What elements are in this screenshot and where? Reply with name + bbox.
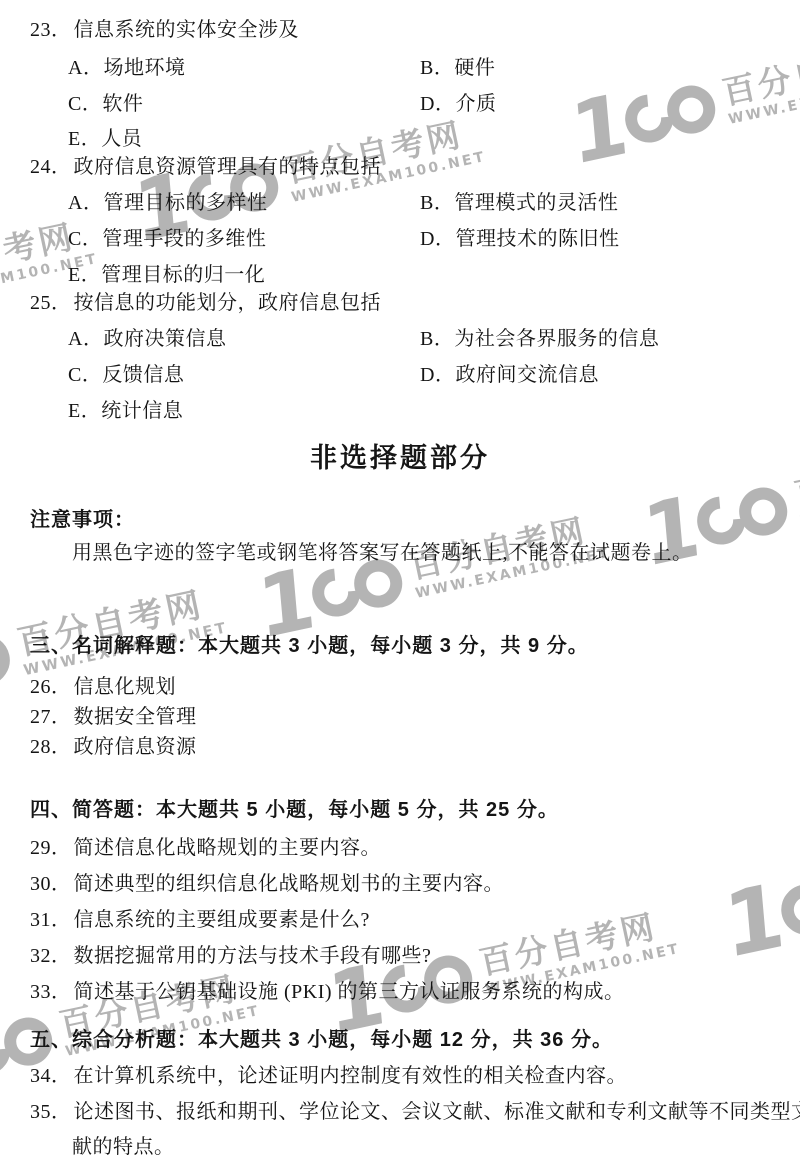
section-heading-4: 四、简答题：本大题共 5 小题，每小题 5 分，共 25 分。 [30,798,559,822]
question-text: 论述图书、报纸和期刊、学位论文、会议文献、标准文献和专利文献等不同类型文 [74,1101,800,1123]
notice-text: 用黑色字迹的签字笔或钢笔将答案写在答题纸上,不能答在试题卷上。 [72,541,693,565]
option-25-c: C．反馈信息 [68,363,184,387]
question-line-29: 29．简述信息化战略规划的主要内容。 [30,836,381,860]
option-24-d: D．管理技术的陈旧性 [420,227,619,251]
section-title: 非选择题部分 [0,446,800,470]
question-text: 在计算机系统中，论述证明内控制度有效性的相关检查内容。 [74,1065,628,1087]
question-number: 29． [30,836,72,860]
question-line-25: 25．按信息的功能划分，政府信息包括 [30,291,381,315]
option-23-e: E．人员 [68,127,142,151]
question-text: 数据挖掘常用的方法与技术手段有哪些? [74,945,432,967]
question-text: 政府信息资源 [74,736,197,758]
question-line-24: 24．政府信息资源管理具有的特点包括 [30,155,381,179]
question-number: 26． [30,675,72,699]
question-number: 24． [30,155,72,179]
question-number: 34． [30,1064,72,1088]
question-line-35: 35．论述图书、报纸和期刊、学位论文、会议文献、标准文献和专利文献等不同类型文 [30,1100,800,1124]
question-line-23: 23．信息系统的实体安全涉及 [30,18,299,42]
option-23-d: D．介质 [420,92,496,116]
option-24-b: B．管理模式的灵活性 [420,191,618,215]
question-number: 30． [30,872,72,896]
question-number: 27． [30,705,72,729]
question-line-33: 33．简述基于公钥基础设施 (PKI) 的第三方认证服务系统的构成。 [30,980,625,1004]
question-line-32: 32．数据挖掘常用的方法与技术手段有哪些? [30,944,431,968]
question-stem: 政府信息资源管理具有的特点包括 [74,156,382,178]
question-stem: 信息系统的实体安全涉及 [74,19,300,41]
question-number: 32． [30,944,72,968]
exam-content: 23．信息系统的实体安全涉及 A．场地环境 B．硬件 C．软件 D．介质 E．人… [0,0,800,1168]
option-25-a: A．政府决策信息 [68,327,226,351]
option-23-a: A．场地环境 [68,56,185,80]
question-line-30: 30．简述典型的组织信息化战略规划书的主要内容。 [30,872,504,896]
notice-label: 注意事项： [30,508,135,532]
question-line-28: 28．政府信息资源 [30,735,197,759]
question-number: 33． [30,980,72,1004]
question-text: 简述信息化战略规划的主要内容。 [74,837,382,859]
question-text: 简述典型的组织信息化战略规划书的主要内容。 [74,873,505,895]
question-number: 25． [30,291,72,315]
exam-paper-page: 1 百分自考网WWW.EXAM100.NET 1 百分自考网WWW.EXAM10… [0,0,800,1168]
question-stem: 按信息的功能划分，政府信息包括 [74,292,382,314]
question-line-31: 31．信息系统的主要组成要素是什么? [30,908,370,932]
option-24-c: C．管理手段的多维性 [68,227,266,251]
section-heading-3: 三、名词解释题：本大题共 3 小题，每小题 3 分，共 9 分。 [30,634,589,658]
question-text: 数据安全管理 [74,706,197,728]
section-heading-5: 五、综合分析题：本大题共 3 小题，每小题 12 分，共 36 分。 [30,1028,613,1052]
question-number: 23． [30,18,72,42]
option-25-b: B．为社会各界服务的信息 [420,327,659,351]
question-line-26: 26．信息化规划 [30,675,176,699]
question-text: 简述基于公钥基础设施 (PKI) 的第三方认证服务系统的构成。 [74,981,625,1003]
question-line-35-continued: 献的特点。 [72,1135,175,1159]
option-25-d: D．政府间交流信息 [420,363,599,387]
option-23-b: B．硬件 [420,56,495,80]
question-number: 31． [30,908,72,932]
option-24-e: E．管理目标的归一化 [68,263,265,287]
question-number: 35． [30,1100,72,1124]
option-24-a: A．管理目标的多样性 [68,191,267,215]
question-text: 信息化规划 [74,676,177,698]
question-line-34: 34．在计算机系统中，论述证明内控制度有效性的相关检查内容。 [30,1064,627,1088]
question-number: 28． [30,735,72,759]
option-23-c: C．软件 [68,92,143,116]
option-25-e: E．统计信息 [68,399,183,423]
question-line-27: 27．数据安全管理 [30,705,197,729]
question-text: 信息系统的主要组成要素是什么? [74,909,370,931]
